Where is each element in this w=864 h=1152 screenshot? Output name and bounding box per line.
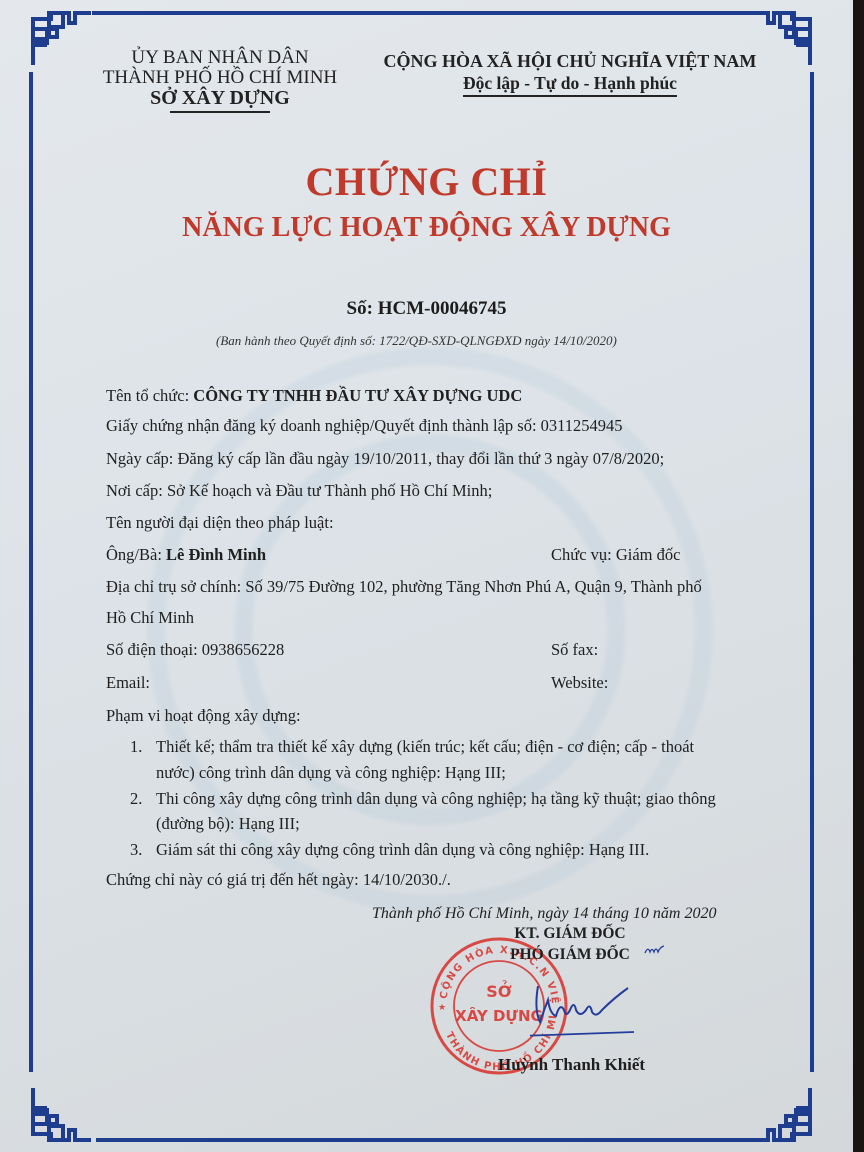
scope-item-1-continued: nước) công trình dân dụng và công nghiệp… — [156, 763, 506, 783]
authority-line-1: ỦY BAN NHÂN DÂN — [70, 48, 370, 68]
certificate-subtitle: NĂNG LỰC HOẠT ĐỘNG XÂY DỰNG — [0, 212, 853, 244]
scope-item-2: 2.Thi công xây dựng công trình dân dụng … — [130, 789, 716, 809]
website: Website: — [551, 673, 608, 693]
authority-line-2: THÀNH PHỐ HỒ CHÍ MINH — [70, 68, 370, 88]
scope-item-text: Thiết kế; thẩm tra thiết kế xây dựng (ki… — [156, 737, 694, 756]
validity-statement: Chứng chỉ này có giá trị đến hết ngày: 1… — [106, 870, 451, 890]
registration-number: Giấy chứng nhận đăng ký doanh nghiệp/Quy… — [106, 416, 623, 436]
scope-item-number: 1. — [130, 737, 156, 757]
svg-text:★: ★ — [438, 1003, 446, 1013]
scope-item-number: 2. — [130, 789, 156, 809]
republic-name: CỘNG HÒA XÃ HỘI CHỦ NGHĨA VIỆT NAM — [360, 50, 780, 72]
scope-item-2-continued: (đường bộ): Hạng III; — [156, 814, 300, 834]
representative-label: Ông/Bà: — [106, 545, 166, 564]
organization-name-label: Tên tổ chức: — [106, 386, 193, 405]
signer-name: Huỳnh Thanh Khiết — [498, 1055, 645, 1075]
phone-number: Số điện thoại: 0938656228 — [106, 640, 284, 660]
scope-item-3: 3.Giám sát thi công xây dựng công trình … — [130, 840, 649, 860]
certificate-title: CHỨNG CHỈ — [0, 158, 853, 205]
organization-name: CÔNG TY TNHH ĐẦU TƯ XÂY DỰNG UDC — [193, 386, 522, 405]
representative-position: Chức vụ: Giám đốc — [551, 545, 680, 565]
certificate-number: Số: HCM-00046745 — [0, 298, 853, 320]
issuing-authority: ỦY BAN NHÂN DÂN THÀNH PHỐ HỒ CHÍ MINH SỞ… — [70, 48, 370, 113]
email: Email: — [106, 673, 150, 693]
authority-underline — [170, 111, 270, 113]
stamp-center-line-1: SỞ — [486, 980, 512, 1001]
scope-item-text: Giám sát thi công xây dựng công trình dâ… — [156, 840, 649, 859]
national-motto: CỘNG HÒA XÃ HỘI CHỦ NGHĨA VIỆT NAM Độc l… — [360, 50, 780, 97]
scope-item-1: 1.Thiết kế; thẩm tra thiết kế xây dựng (… — [130, 737, 694, 757]
address-line-1: Địa chỉ trụ sở chính: Số 39/75 Đường 102… — [106, 577, 702, 597]
motto: Độc lập - Tự do - Hạnh phúc — [463, 72, 677, 97]
issue-date: Ngày cấp: Đăng ký cấp lần đầu ngày 19/10… — [106, 449, 664, 469]
organization-name-row: Tên tổ chức: CÔNG TY TNHH ĐẦU TƯ XÂY DỰN… — [106, 386, 522, 406]
scope-item-number: 3. — [130, 840, 156, 860]
signature-title-2: PHÓ GIÁM ĐỐC — [470, 946, 670, 964]
legal-representative-heading: Tên người đại diện theo pháp luật: — [106, 513, 334, 533]
issue-place: Nơi cấp: Sở Kế hoạch và Đầu tư Thành phố… — [106, 481, 492, 501]
scope-heading: Phạm vi hoạt động xây dựng: — [106, 706, 301, 726]
initials-mark — [644, 944, 666, 956]
handwritten-signature — [530, 980, 640, 1040]
scope-item-text: Thi công xây dựng công trình dân dụng và… — [156, 789, 716, 808]
place-and-date: Thành phố Hồ Chí Minh, ngày 14 tháng 10 … — [372, 905, 716, 923]
issuing-decision: (Ban hành theo Quyết định số: 1722/QĐ-SX… — [216, 333, 617, 349]
authority-department: SỞ XÂY DỰNG — [70, 88, 370, 108]
address-line-2: Hồ Chí Minh — [106, 608, 194, 628]
certificate-content: ỦY BAN NHÂN DÂN THÀNH PHỐ HỒ CHÍ MINH SỞ… — [0, 0, 853, 1152]
representative-name: Lê Đình Minh — [166, 545, 266, 564]
representative-row: Ông/Bà: Lê Đình Minh — [106, 545, 266, 565]
signature-title-1: KT. GIÁM ĐỐC — [470, 925, 670, 943]
fax-number: Số fax: — [551, 640, 598, 660]
